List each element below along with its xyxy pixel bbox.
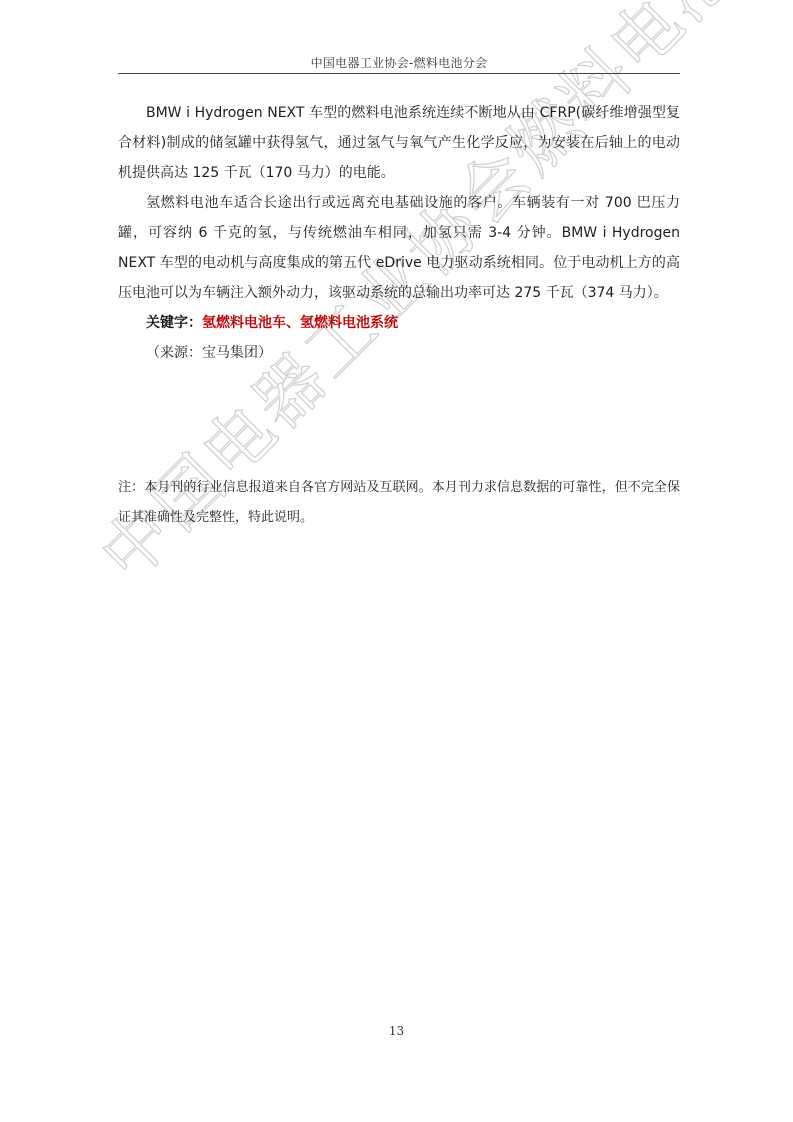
content-layer: 中国电器工业协会-燃料电池分会 BMW i Hydrogen NEXT 车型的燃… bbox=[0, 0, 793, 1122]
keywords-line: 关键字：氢燃料电池车、氢燃料电池系统 bbox=[118, 308, 680, 338]
document-page: 中国电器工业协会燃料电池分会 中国电器工业协会-燃料电池分会 BMW i Hyd… bbox=[0, 0, 793, 1122]
article-paragraph: BMW i Hydrogen NEXT 车型的燃料电池系统连续不断地从由 CFR… bbox=[118, 98, 680, 188]
keywords-label: 关键字： bbox=[146, 315, 202, 331]
source-attribution: （来源：宝马集团） bbox=[118, 338, 680, 368]
running-header: 中国电器工业协会-燃料电池分会 bbox=[118, 55, 680, 71]
header-divider bbox=[118, 73, 680, 74]
article-paragraph: 氢燃料电池车适合长途出行或远离充电基础设施的客户。车辆装有一对 700 巴压力罐… bbox=[118, 188, 680, 308]
disclaimer-note: 注：本月刊的行业信息报道来自各官方网站及互联网。本月刊力求信息数据的可靠性，但不… bbox=[118, 473, 680, 533]
keywords-values: 氢燃料电池车、氢燃料电池系统 bbox=[202, 315, 398, 331]
page-number: 13 bbox=[0, 1024, 793, 1038]
article-body: BMW i Hydrogen NEXT 车型的燃料电池系统连续不断地从由 CFR… bbox=[118, 98, 680, 368]
